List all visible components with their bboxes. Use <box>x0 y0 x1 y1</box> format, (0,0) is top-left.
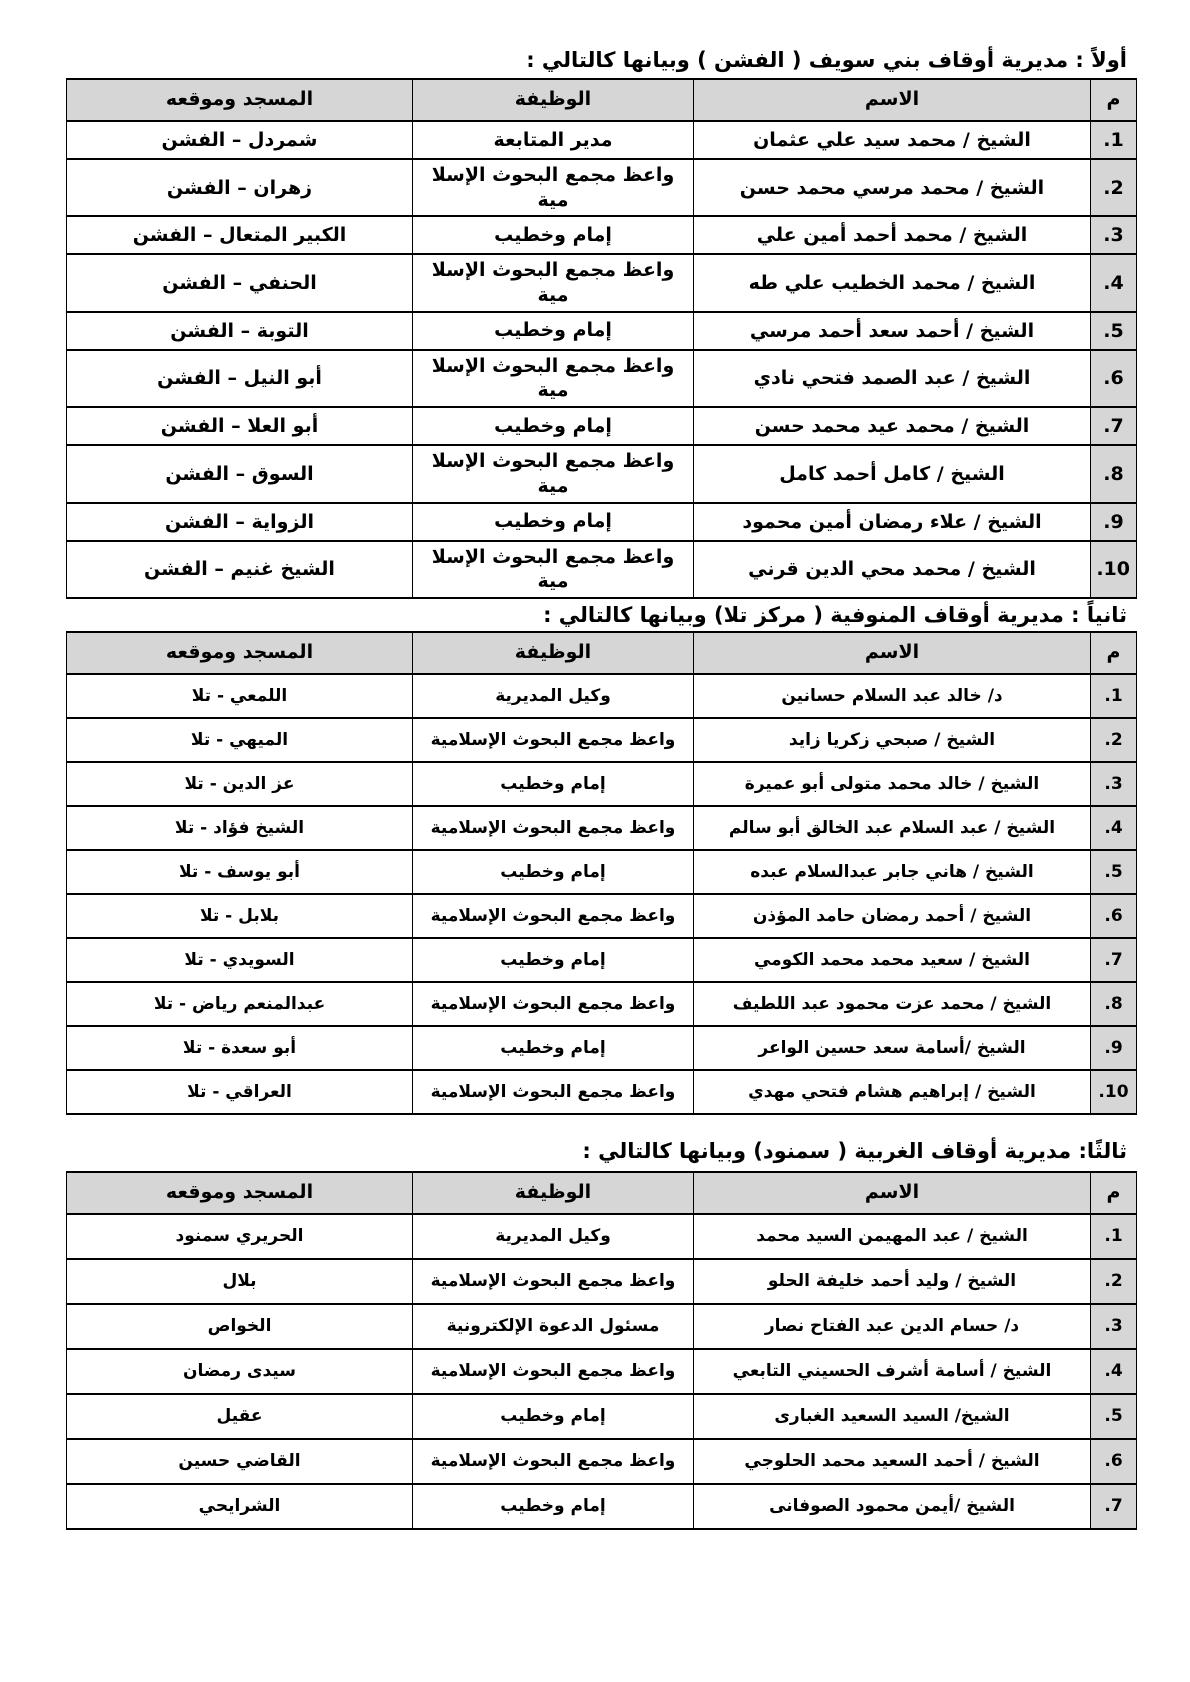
table-row: 3.الشيخ / محمد أحمد أمين عليإمام وخطيبال… <box>67 216 1137 254</box>
column-header-job: الوظيفة <box>413 632 694 674</box>
row-number-cell: 7. <box>1091 407 1137 445</box>
table-row: 10.الشيخ / محمد محي الدين قرنيواعظ مجمع … <box>67 541 1137 598</box>
row-number-cell: 1. <box>1091 674 1137 718</box>
column-header-mosque: المسجد وموقعه <box>67 79 413 121</box>
document-page: أولاً : مديرية أوقاف بني سويف ( الفشن ) … <box>0 0 1190 1530</box>
table-body: 1.الشيخ / محمد سيد علي عثمانمدير المتابع… <box>67 121 1137 598</box>
job-title-cell: واعظ مجمع البحوث الإسلامية <box>413 1439 694 1484</box>
name-cell: الشيخ / عبد السلام عبد الخالق أبو سالم <box>694 806 1091 850</box>
job-title-cell: مسئول الدعوة الإلكترونية <box>413 1304 694 1349</box>
column-header-job: الوظيفة <box>413 1172 694 1214</box>
column-header-mosque: المسجد وموقعه <box>67 632 413 674</box>
column-header-number: م <box>1091 1172 1137 1214</box>
section-title: ثانياً : مديرية أوقاف المنوفية ( مركز تل… <box>67 601 1137 629</box>
table-row: 2.الشيخ / صبحي زكريا زايدواعظ مجمع البحو… <box>67 718 1137 762</box>
table-body: 1.د/ خالد عبد السلام حسانينوكيل المديرية… <box>67 674 1137 1114</box>
row-number-cell: 4. <box>1091 254 1137 311</box>
job-title-cell: واعظ مجمع البحوث الإسلامية <box>413 806 694 850</box>
mosque-location-cell: الحريري سمنود <box>67 1214 413 1259</box>
table-row: 6.الشيخ / عبد الصمد فتحي ناديواعظ مجمع ا… <box>67 350 1137 407</box>
table-row: 7.الشيخ / محمد عيد محمد حسنإمام وخطيبأبو… <box>67 407 1137 445</box>
job-title-cell: إمام وخطيب <box>413 1026 694 1070</box>
name-cell: الشيخ / علاء رمضان أمين محمود <box>694 503 1091 541</box>
name-cell: الشيخ /أسامة سعد حسين الواعر <box>694 1026 1091 1070</box>
name-cell: الشيخ / إبراهيم هشام فتحي مهدي <box>694 1070 1091 1114</box>
name-cell: الشيخ / محمد الخطيب علي طه <box>694 254 1091 311</box>
row-number-cell: 8. <box>1091 445 1137 502</box>
name-cell: الشيخ / خالد محمد متولى أبو عميرة <box>694 762 1091 806</box>
column-header-number: م <box>1091 79 1137 121</box>
mosque-location-cell: عز الدين - تلا <box>67 762 413 806</box>
header-row: م الاسم الوظيفة المسجد وموقعه <box>67 1172 1137 1214</box>
job-title-cell: إمام وخطيب <box>413 762 694 806</box>
table-row: 5.الشيخ / هاني جابر عبدالسلام عبدهإمام و… <box>67 850 1137 894</box>
mosque-location-cell: الخواص <box>67 1304 413 1349</box>
job-title-cell: إمام وخطيب <box>413 503 694 541</box>
mosque-location-cell: الزواية – الفشن <box>67 503 413 541</box>
table-row: 4.الشيخ / محمد الخطيب علي طهواعظ مجمع ال… <box>67 254 1137 311</box>
table-row: 5.الشيخ / أحمد سعد أحمد مرسيإمام وخطيبال… <box>67 312 1137 350</box>
mosque-location-cell: القاضي حسين <box>67 1439 413 1484</box>
mosque-location-cell: اللمعي - تلا <box>67 674 413 718</box>
job-title-cell: واعظ مجمع البحوث الإسلامية <box>413 1259 694 1304</box>
name-cell: الشيخ / أحمد السعيد محمد الحلوجي <box>694 1439 1091 1484</box>
mosque-location-cell: بلال <box>67 1259 413 1304</box>
name-cell: الشيخ / هاني جابر عبدالسلام عبده <box>694 850 1091 894</box>
job-title-cell: واعظ مجمع البحوث الإسلامية <box>413 1349 694 1394</box>
mosque-location-cell: زهران – الفشن <box>67 159 413 216</box>
name-cell: الشيخ / محمد عزت محمود عبد اللطيف <box>694 982 1091 1026</box>
mosque-location-cell: أبو النيل – الفشن <box>67 350 413 407</box>
name-cell: الشيخ / محمد مرسي محمد حسن <box>694 159 1091 216</box>
row-number-cell: 7. <box>1091 1484 1137 1529</box>
row-number-cell: 4. <box>1091 806 1137 850</box>
mosque-location-cell: الشرايحي <box>67 1484 413 1529</box>
column-header-name: الاسم <box>694 79 1091 121</box>
table-row: 8.الشيخ / كامل أحمد كاملواعظ مجمع البحوث… <box>67 445 1137 502</box>
mosque-location-cell: أبو سعدة - تلا <box>67 1026 413 1070</box>
name-cell: الشيخ / أسامة أشرف الحسيني التابعي <box>694 1349 1091 1394</box>
job-title-cell: واعظ مجمع البحوث الإسلامية <box>413 894 694 938</box>
table-row: 1.د/ خالد عبد السلام حسانينوكيل المديرية… <box>67 674 1137 718</box>
job-title-cell: إمام وخطيب <box>413 938 694 982</box>
name-cell: د/ خالد عبد السلام حسانين <box>694 674 1091 718</box>
row-number-cell: 2. <box>1091 718 1137 762</box>
row-number-cell: 3. <box>1091 216 1137 254</box>
section-beni-suef-fashn: أولاً : مديرية أوقاف بني سويف ( الفشن ) … <box>67 46 1137 599</box>
mosque-location-cell: عبدالمنعم رياض - تلا <box>67 982 413 1026</box>
table-body: 1.الشيخ / عبد المهيمن السيد محمدوكيل الم… <box>67 1214 1137 1529</box>
row-number-cell: 2. <box>1091 159 1137 216</box>
column-header-name: الاسم <box>694 1172 1091 1214</box>
row-number-cell: 9. <box>1091 503 1137 541</box>
table-row: 9.الشيخ / علاء رمضان أمين محمودإمام وخطي… <box>67 503 1137 541</box>
mosque-location-cell: الحنفي – الفشن <box>67 254 413 311</box>
row-number-cell: 7. <box>1091 938 1137 982</box>
job-title-cell: إمام وخطيب <box>413 850 694 894</box>
table-header: م الاسم الوظيفة المسجد وموقعه <box>67 1172 1137 1214</box>
job-title-cell: واعظ مجمع البحوث الإسلامية <box>413 1070 694 1114</box>
job-title-cell: واعظ مجمع البحوث الإسلا مية <box>413 350 694 407</box>
column-header-job: الوظيفة <box>413 79 694 121</box>
mosque-location-cell: الشيخ فؤاد - تلا <box>67 806 413 850</box>
table-row: 4.الشيخ / أسامة أشرف الحسيني التابعيواعظ… <box>67 1349 1137 1394</box>
job-title-cell: وكيل المديرية <box>413 1214 694 1259</box>
table-row: 6.الشيخ / أحمد السعيد محمد الحلوجيواعظ م… <box>67 1439 1137 1484</box>
table-row: 3.د/ حسام الدين عبد الفتاح نصارمسئول الد… <box>67 1304 1137 1349</box>
mosque-location-cell: الميهي - تلا <box>67 718 413 762</box>
row-number-cell: 9. <box>1091 1026 1137 1070</box>
table-row: 1.الشيخ / عبد المهيمن السيد محمدوكيل الم… <box>67 1214 1137 1259</box>
table-row: 2.الشيخ / محمد مرسي محمد حسنواعظ مجمع ال… <box>67 159 1137 216</box>
job-title-cell: إمام وخطيب <box>413 1394 694 1439</box>
row-number-cell: 3. <box>1091 1304 1137 1349</box>
row-number-cell: 2. <box>1091 1259 1137 1304</box>
job-title-cell: إمام وخطيب <box>413 407 694 445</box>
name-cell: الشيخ / محمد عيد محمد حسن <box>694 407 1091 445</box>
row-number-cell: 5. <box>1091 312 1137 350</box>
name-cell: الشيخ / كامل أحمد كامل <box>694 445 1091 502</box>
row-number-cell: 3. <box>1091 762 1137 806</box>
table-header: م الاسم الوظيفة المسجد وموقعه <box>67 632 1137 674</box>
column-header-mosque: المسجد وموقعه <box>67 1172 413 1214</box>
name-cell: الشيخ / عبد المهيمن السيد محمد <box>694 1214 1091 1259</box>
job-title-cell: واعظ مجمع البحوث الإسلامية <box>413 982 694 1026</box>
job-title-cell: إمام وخطيب <box>413 1484 694 1529</box>
table-row: 5.الشيخ/ السيد السعيد الغبارىإمام وخطيبع… <box>67 1394 1137 1439</box>
column-header-name: الاسم <box>694 632 1091 674</box>
job-title-cell: واعظ مجمع البحوث الإسلا مية <box>413 445 694 502</box>
mosque-location-cell: الكبير المتعال – الفشن <box>67 216 413 254</box>
table-row: 1.الشيخ / محمد سيد علي عثمانمدير المتابع… <box>67 121 1137 159</box>
mosque-location-cell: التوبة – الفشن <box>67 312 413 350</box>
mosque-location-cell: أبو يوسف - تلا <box>67 850 413 894</box>
name-cell: الشيخ/ السيد السعيد الغبارى <box>694 1394 1091 1439</box>
row-number-cell: 10. <box>1091 541 1137 598</box>
row-number-cell: 6. <box>1091 350 1137 407</box>
mosque-location-cell: السويدي - تلا <box>67 938 413 982</box>
row-number-cell: 6. <box>1091 1439 1137 1484</box>
table-row: 2.الشيخ / وليد أحمد خليفة الحلوواعظ مجمع… <box>67 1259 1137 1304</box>
table-row: 7.الشيخ / سعيد محمد محمد الكوميإمام وخطي… <box>67 938 1137 982</box>
section-menoufia-tala: ثانياً : مديرية أوقاف المنوفية ( مركز تل… <box>67 601 1137 1115</box>
job-title-cell: إمام وخطيب <box>413 312 694 350</box>
mosque-location-cell: شمردل – الفشن <box>67 121 413 159</box>
mosque-location-cell: سيدى رمضان <box>67 1349 413 1394</box>
header-row: م الاسم الوظيفة المسجد وموقعه <box>67 79 1137 121</box>
table-row: 3.الشيخ / خالد محمد متولى أبو عميرةإمام … <box>67 762 1137 806</box>
table-row: 4.الشيخ / عبد السلام عبد الخالق أبو سالم… <box>67 806 1137 850</box>
job-title-cell: واعظ مجمع البحوث الإسلا مية <box>413 541 694 598</box>
mosque-location-cell: السوق – الفشن <box>67 445 413 502</box>
name-cell: د/ حسام الدين عبد الفتاح نصار <box>694 1304 1091 1349</box>
header-row: م الاسم الوظيفة المسجد وموقعه <box>67 632 1137 674</box>
mosque-location-cell: أبو العلا – الفشن <box>67 407 413 445</box>
row-number-cell: 4. <box>1091 1349 1137 1394</box>
table-header: م الاسم الوظيفة المسجد وموقعه <box>67 79 1137 121</box>
mosque-location-cell: الشيخ غنيم – الفشن <box>67 541 413 598</box>
row-number-cell: 8. <box>1091 982 1137 1026</box>
name-cell: الشيخ / سعيد محمد محمد الكومي <box>694 938 1091 982</box>
job-title-cell: واعظ مجمع البحوث الإسلامية <box>413 718 694 762</box>
row-number-cell: 5. <box>1091 1394 1137 1439</box>
row-number-cell: 5. <box>1091 850 1137 894</box>
mosque-location-cell: بلابل - تلا <box>67 894 413 938</box>
name-cell: الشيخ / محمد محي الدين قرني <box>694 541 1091 598</box>
row-number-cell: 6. <box>1091 894 1137 938</box>
roster-table: م الاسم الوظيفة المسجد وموقعه 1.الشيخ / … <box>66 1171 1137 1530</box>
row-number-cell: 1. <box>1091 1214 1137 1259</box>
roster-table: م الاسم الوظيفة المسجد وموقعه 1.د/ خالد … <box>66 631 1137 1115</box>
mosque-location-cell: العراقي - تلا <box>67 1070 413 1114</box>
name-cell: الشيخ / أحمد رمضان حامد المؤذن <box>694 894 1091 938</box>
name-cell: الشيخ / محمد أحمد أمين علي <box>694 216 1091 254</box>
mosque-location-cell: عقيل <box>67 1394 413 1439</box>
name-cell: الشيخ / عبد الصمد فتحي نادي <box>694 350 1091 407</box>
name-cell: الشيخ / صبحي زكريا زايد <box>694 718 1091 762</box>
table-row: 7.الشيخ /أيمن محمود الصوفانىإمام وخطيبال… <box>67 1484 1137 1529</box>
job-title-cell: وكيل المديرية <box>413 674 694 718</box>
job-title-cell: واعظ مجمع البحوث الإسلا مية <box>413 159 694 216</box>
job-title-cell: واعظ مجمع البحوث الإسلا مية <box>413 254 694 311</box>
name-cell: الشيخ / أحمد سعد أحمد مرسي <box>694 312 1091 350</box>
job-title-cell: إمام وخطيب <box>413 216 694 254</box>
job-title-cell: مدير المتابعة <box>413 121 694 159</box>
name-cell: الشيخ / وليد أحمد خليفة الحلو <box>694 1259 1091 1304</box>
name-cell: الشيخ / محمد سيد علي عثمان <box>694 121 1091 159</box>
section-title: أولاً : مديرية أوقاف بني سويف ( الفشن ) … <box>67 46 1137 74</box>
table-row: 8.الشيخ / محمد عزت محمود عبد اللطيفواعظ … <box>67 982 1137 1026</box>
roster-table: م الاسم الوظيفة المسجد وموقعه 1.الشيخ / … <box>66 78 1137 599</box>
table-row: 10.الشيخ / إبراهيم هشام فتحي مهديواعظ مج… <box>67 1070 1137 1114</box>
section-gharbia-samannoud: ثالثًا: مديرية أوقاف الغربية ( سمنود) وب… <box>67 1137 1137 1530</box>
row-number-cell: 1. <box>1091 121 1137 159</box>
table-row: 9.الشيخ /أسامة سعد حسين الواعرإمام وخطيب… <box>67 1026 1137 1070</box>
column-header-number: م <box>1091 632 1137 674</box>
table-row: 6.الشيخ / أحمد رمضان حامد المؤذنواعظ مجم… <box>67 894 1137 938</box>
name-cell: الشيخ /أيمن محمود الصوفانى <box>694 1484 1091 1529</box>
section-title: ثالثًا: مديرية أوقاف الغربية ( سمنود) وب… <box>67 1137 1137 1165</box>
row-number-cell: 10. <box>1091 1070 1137 1114</box>
